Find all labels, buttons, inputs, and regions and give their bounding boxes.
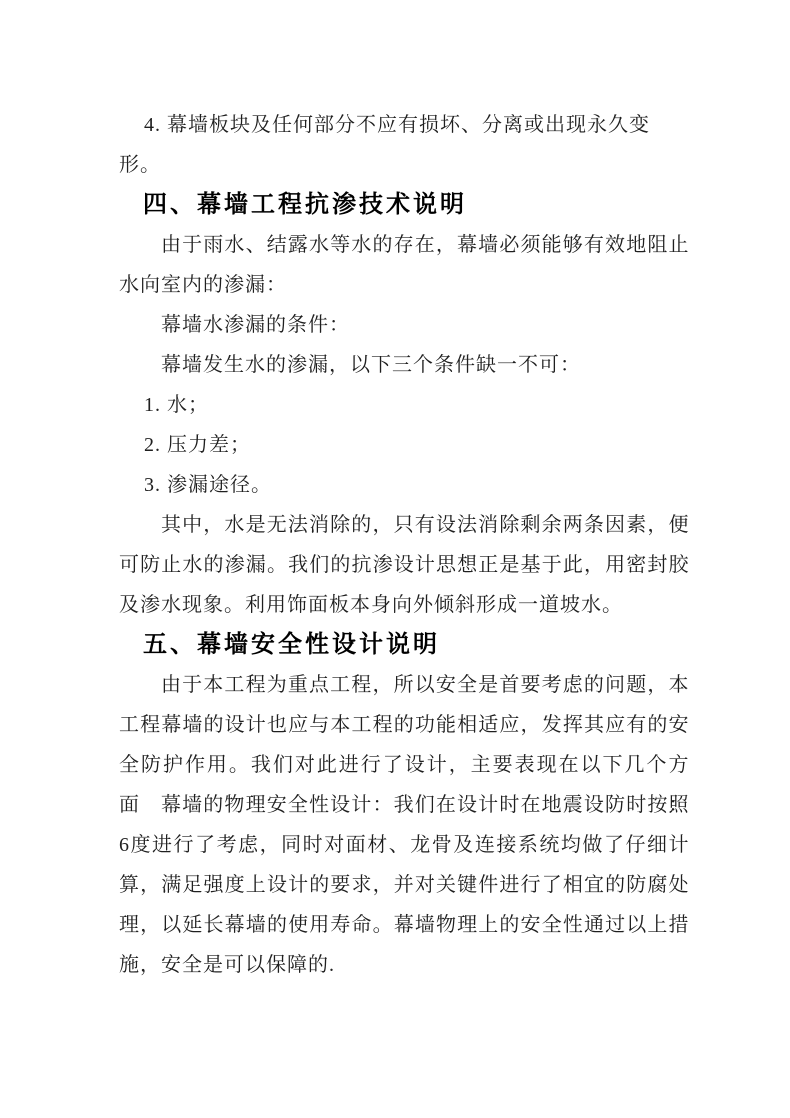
text-line: 及渗水现象。利用饰面板本身向外倾斜形成一道坡水。 <box>119 585 689 625</box>
text-line: 算，满足强度上设计的要求，并对关键件进行了相宜的防腐处 <box>119 865 689 905</box>
section-heading-4: 四、幕墙工程抗渗技术说明 <box>119 185 689 225</box>
text-line: 由于本工程为重点工程，所以安全是首要考虑的问题，本 <box>119 665 689 705</box>
text-line: 其中，水是无法消除的，只有设法消除剩余两条因素，便 <box>119 505 689 545</box>
text-line: 施，安全是可以保障的. <box>119 945 689 985</box>
text-line: 工程幕墙的设计也应与本工程的功能相适应，发挥其应有的安 <box>119 705 689 745</box>
text-line: 1. 水； <box>119 385 689 425</box>
text-line: 2. 压力差； <box>119 425 689 465</box>
document-content: 4. 幕墙板块及任何部分不应有损坏、分离或出现永久变形。四、幕墙工程抗渗技术说明… <box>119 105 689 985</box>
text-line: 6度进行了考虑，同时对面材、龙骨及连接系统均做了仔细计 <box>119 825 689 865</box>
text-line: 3. 渗漏途径。 <box>119 465 689 505</box>
text-line: 全防护作用。我们对此进行了设计，主要表现在以下几个方面： <box>119 745 689 785</box>
text-line: 可防止水的渗漏。我们的抗渗设计思想正是基于此，用密封胶 <box>119 545 689 585</box>
text-line: 幕墙水渗漏的条件： <box>119 305 689 345</box>
text-line: 水向室内的渗漏： <box>119 265 689 305</box>
text-line: 由于雨水、结露水等水的存在，幕墙必须能够有效地阻止 <box>119 225 689 265</box>
text-line: 形。 <box>119 145 689 185</box>
text-line: 幕墙的物理安全性设计：我们在设计时在地震设防时按照 <box>119 785 689 825</box>
text-line: 4. 幕墙板块及任何部分不应有损坏、分离或出现永久变 <box>119 105 689 145</box>
text-line: 幕墙发生水的渗漏，以下三个条件缺一不可： <box>119 345 689 385</box>
text-line: 理，以延长幕墙的使用寿命。幕墙物理上的安全性通过以上措 <box>119 905 689 945</box>
document-page: 4. 幕墙板块及任何部分不应有损坏、分离或出现永久变形。四、幕墙工程抗渗技术说明… <box>0 0 790 1118</box>
section-heading-5: 五、幕墙安全性设计说明 <box>119 625 689 665</box>
